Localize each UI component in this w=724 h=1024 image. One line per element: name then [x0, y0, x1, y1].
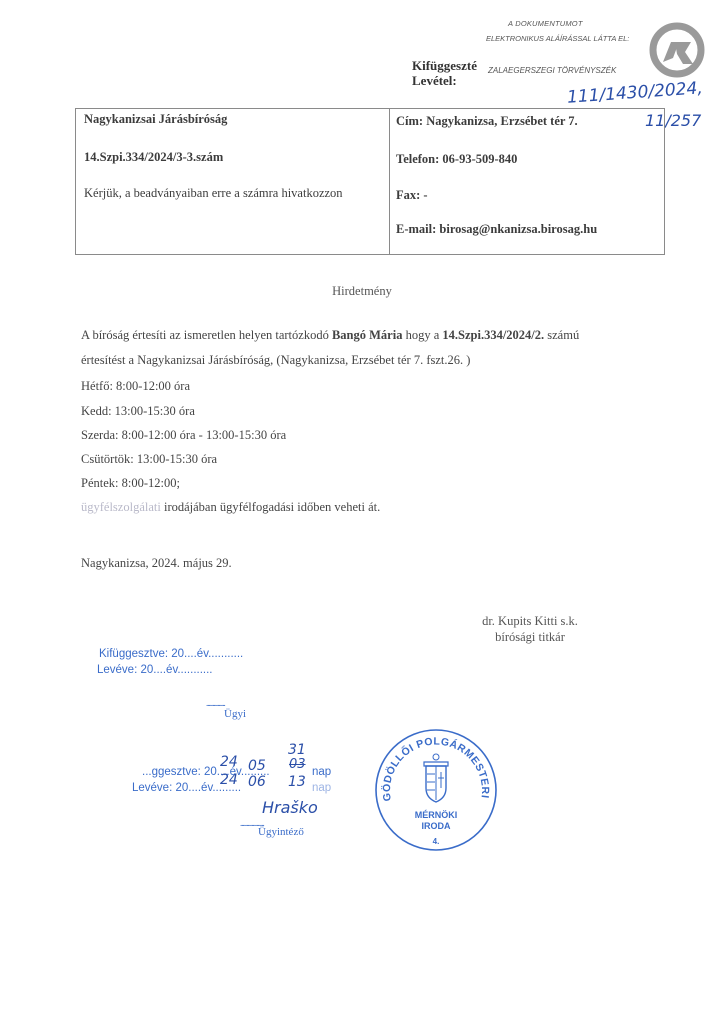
office-hours-monday: Hétfő: 8:00-12:00 óra — [81, 379, 190, 394]
document-title: Hirdetmény — [0, 284, 724, 299]
para1-text-b: hogy a — [402, 328, 442, 342]
handwritten-year-posted: 24 — [220, 754, 238, 770]
court-email: E-mail: birosag@nkanizsa.birosag.hu — [396, 222, 597, 237]
header-divider — [389, 108, 390, 255]
handwritten-month-removed: 06 — [248, 774, 266, 790]
stamp2-clerk-label: Ügyintéző — [258, 826, 304, 838]
para1-text-c: számú — [544, 328, 579, 342]
addressee-name: Bangó Mária — [332, 328, 402, 342]
coat-of-arms-icon — [424, 754, 448, 802]
esign-court-name: ZALAEGERSZEGI TÖRVÉNYSZÉK — [488, 66, 616, 75]
handwritten-year-removed: 24 — [220, 772, 238, 788]
handwritten-day-corrected: 31 — [288, 742, 306, 758]
court-name: Nagykanizsai Járásbíróság — [84, 112, 227, 127]
esign-stamp-line1: A DOKUMENTUMOT — [508, 19, 583, 28]
office-hours-thursday: Csütörtök: 13:00-15:30 óra — [81, 452, 217, 467]
signer-title: bírósági titkár — [460, 630, 600, 645]
notice-paragraph-line2: értesítést a Nagykanizsai Járásbíróság, … — [81, 353, 470, 368]
stamp2-day-label2: nap — [312, 782, 331, 794]
stamp1-signature-dots: ............... — [206, 698, 225, 708]
esign-stamp-line2: ELEKTRONIKUS ALÁÍRÁSSAL LÁTTA EL: — [486, 34, 629, 43]
notice-case-number: 14.Szpi.334/2024/2. — [442, 328, 544, 342]
round-stamp-line1: MÉRNÖKI — [415, 810, 458, 820]
pickup-office-faded: ügyfélszolgálati — [81, 500, 161, 514]
court-logo-icon — [649, 22, 705, 78]
para1-text-a: A bíróság értesíti az ismeretlen helyen … — [81, 328, 332, 342]
official-round-stamp-icon: GÖDÖLLŐI POLGÁRMESTERI HIVATAL MÉRNÖKI I… — [372, 726, 500, 854]
handwritten-registry-number: 111/1430/2024, — [566, 78, 703, 107]
office-hours-tuesday: Kedd: 13:00-15:30 óra — [81, 404, 195, 419]
reference-note: Kérjük, a beadványaiban erre a számra hi… — [84, 186, 343, 201]
posting-label: Kifüggeszté — [412, 58, 477, 74]
court-phone: Telefon: 06-93-509-840 — [396, 152, 517, 167]
court-address: Cím: Nagykanizsa, Erzsébet tér 7. — [396, 114, 578, 129]
round-stamp-number: 4. — [433, 837, 440, 846]
stamp2-day-label1: nap — [312, 766, 331, 778]
office-hours-wednesday: Szerda: 8:00-12:00 óra - 13:00-15:30 óra — [81, 428, 286, 443]
pickup-instruction: ügyfélszolgálati irodájában ügyfélfogadá… — [81, 500, 380, 515]
handwritten-month-posted: 05 — [248, 758, 266, 774]
pickup-text: irodájában ügyfélfogadási időben veheti … — [161, 500, 380, 514]
case-number: 14.Szpi.334/2024/3-3.szám — [84, 150, 223, 165]
handwritten-day-struck: 03 — [289, 757, 306, 772]
handwritten-signature: Hraško — [262, 798, 318, 817]
handwritten-day-removed: 13 — [288, 774, 306, 790]
removal-label: Levétel: — [412, 73, 457, 89]
office-hours-friday: Péntek: 8:00-12:00; — [81, 476, 180, 491]
signer-name: dr. Kupits Kitti s.k. — [460, 614, 600, 629]
stamp1-clerk-label: Ügyi — [224, 708, 246, 720]
place-date: Nagykanizsa, 2024. május 29. — [81, 556, 232, 571]
round-stamp-ring-text: GÖDÖLLŐI POLGÁRMESTERI HIVATAL — [372, 726, 491, 803]
court-fax: Fax: - — [396, 188, 428, 203]
round-stamp-line2: IRODA — [422, 821, 452, 831]
stamp1-posted-line: Kifüggesztve: 20....év........... — [99, 648, 243, 660]
stamp1-removed-line: Levéve: 20....év........... — [97, 664, 212, 676]
svg-text:GÖDÖLLŐI POLGÁRMESTERI HIVATAL: GÖDÖLLŐI POLGÁRMESTERI HIVATAL — [372, 726, 491, 803]
notice-paragraph-line1: A bíróság értesíti az ismeretlen helyen … — [81, 328, 579, 343]
